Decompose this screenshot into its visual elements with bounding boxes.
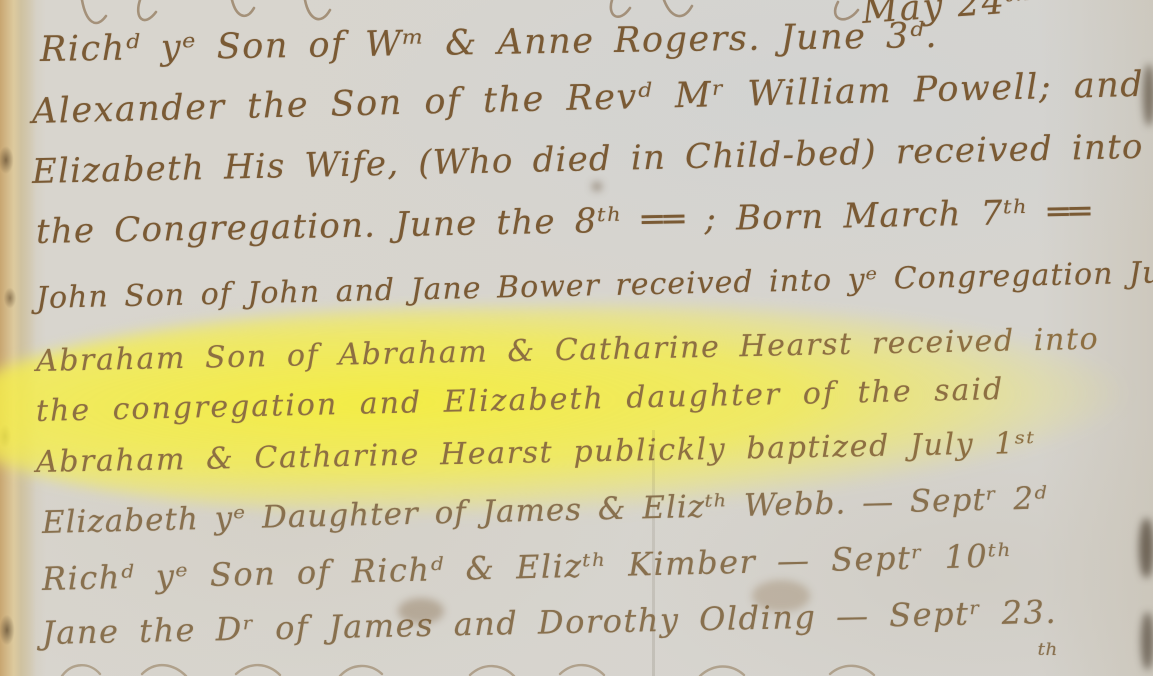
ink-stain <box>1141 612 1153 670</box>
register-entry-powell-line2: Elizabeth His Wife, (Who died in Child-b… <box>32 127 1145 192</box>
manuscript-page: May 24ᵗʰ Richᵈ yᵉ Son of Wᵐ & Anne Roger… <box>0 0 1153 676</box>
superscript-fragment-bottom: ᵗʰ <box>1038 638 1058 673</box>
ink-stain <box>1143 64 1153 126</box>
ink-stain <box>1139 518 1153 578</box>
register-entry-powell-line1: Alexander the Son of the Revᵈ Mʳ William… <box>32 65 1145 132</box>
register-entry-olding: Jane the Dʳ of James and Dorothy Olding … <box>42 593 1058 652</box>
ink-stain <box>398 598 444 624</box>
register-entry-kimber: Richᵈ yᵉ Son of Richᵈ & Elizᵗʰ Kimber — … <box>42 536 1014 598</box>
page-binding-edge <box>0 0 36 676</box>
ink-stain <box>592 182 602 191</box>
register-entry-powell-line3: the Congregation. June the 8ᵗʰ ══ ; Born… <box>36 192 1092 252</box>
cut-off-strokes-bottom <box>0 658 1153 676</box>
ink-stain <box>752 580 810 612</box>
